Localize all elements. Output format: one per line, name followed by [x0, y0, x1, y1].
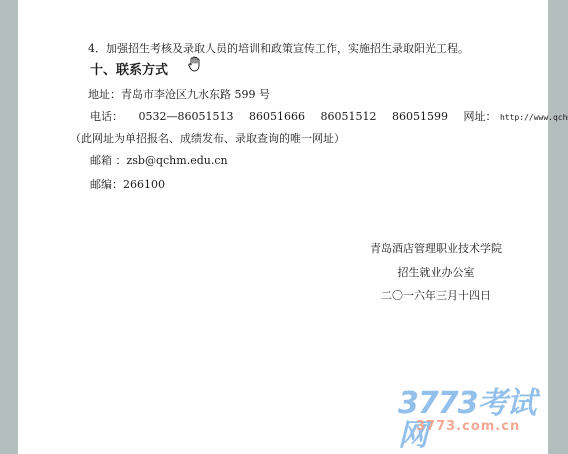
watermark-logo: 3773考试网 3773.com.cn — [398, 388, 558, 438]
postcode-text: 邮编：266100 — [90, 178, 165, 192]
phone-number-3: 86051512 — [320, 110, 376, 123]
phone-number-4: 86051599 — [392, 110, 448, 123]
website-label: 网址： — [463, 110, 496, 123]
website-url[interactable]: http://www.qchm.edu.cn — [500, 113, 568, 122]
phone-label: 电话： — [90, 110, 123, 123]
email-text: 邮箱 ：zsb@qchm.edu.cn — [90, 154, 228, 168]
phone-number-1: 0532—86051513 — [139, 110, 234, 123]
phone-number-2: 86051666 — [249, 110, 305, 123]
signature-office: 招生就业办公室 — [336, 266, 536, 280]
hand-cursor-icon — [186, 55, 204, 73]
section-heading-contact: 十、联系方式 — [90, 64, 168, 78]
address-text: 地址：青岛市李沧区九水东路 599 号 — [88, 88, 270, 102]
phone-line: 电话： 0532—86051513 86051666 86051512 8605… — [90, 110, 568, 125]
watermark-domain: 3773.com.cn — [416, 419, 520, 434]
signature-institution: 青岛酒店管理职业技术学院 — [336, 242, 536, 256]
website-note: （此网址为单招报名、成绩发布、录取查询的唯一网址） — [70, 132, 345, 146]
signature-date: 二〇一六年三月十四日 — [336, 289, 536, 303]
item-4-text: 4．加强招生考核及录取人员的培训和政策宣传工作，实施招生录取阳光工程。 — [88, 42, 469, 56]
